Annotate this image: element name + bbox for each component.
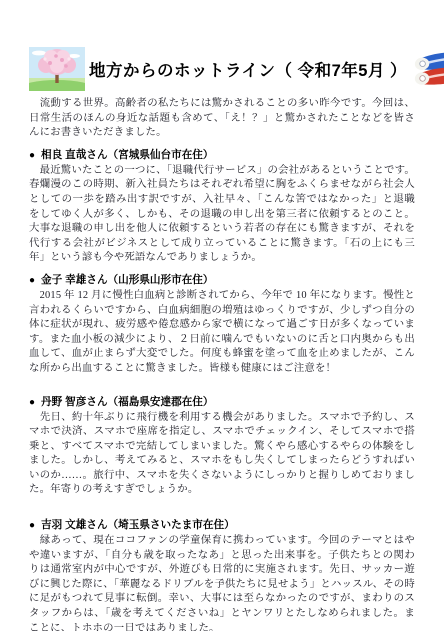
section-heading: ● 吉羽 文雄さん（埼玉県さいたま市在住） — [29, 519, 415, 532]
section-sagara: ● 相良 直哉さん（宮城県仙台市在住） 最近驚いたことの一つに、「退職代行サービ… — [29, 149, 415, 266]
section-heading: ● 丹野 智彦さん（福島県安達郡在住） — [29, 396, 415, 409]
koinobori-carp-streamers-image — [411, 51, 444, 88]
contributor-name: 相良 直哉さん（宮城県仙台市在住） — [41, 149, 213, 162]
section-body: 先日、約十年ぶりに飛行機を利用する機会がありました。スマホで予約し、スマホで決済… — [29, 411, 415, 499]
bullet-icon: ● — [29, 274, 35, 287]
section-body: 2015 年 12 月に慢性白血病と診断されてから、今年で 10 年になります。… — [29, 289, 415, 377]
section-heading: ● 金子 幸雄さん（山形県山形市在住） — [29, 274, 415, 287]
cherry-blossom-tree-image — [29, 47, 85, 91]
contributor-name: 吉羽 文雄さん（埼玉県さいたま市在住） — [41, 519, 235, 532]
bullet-icon: ● — [29, 149, 35, 162]
bullet-icon: ● — [29, 396, 35, 409]
page-title: 地方からのホットライン（ 令和7年5月 ） — [89, 57, 407, 81]
section-yoshiba: ● 吉羽 文雄さん（埼玉県さいたま市在住） 縁あって、現在ココファンの学童保育に… — [29, 519, 415, 631]
newsletter-page: 地方からのホットライン（ 令和7年5月 ） 流動する世界。高齢者の私たちには驚か… — [0, 0, 444, 631]
intro-paragraph: 流動する世界。高齢者の私たちには驚かされることの多い昨今です。今回は、日常生活の… — [29, 97, 415, 141]
contributor-name: 丹野 智彦さん（福島県安達郡在住） — [41, 396, 213, 409]
page-number: 3 — [0, 577, 444, 587]
section-body: 最近驚いたことの一つに、「退職代行サービス」の会社があるということです。春爛漫の… — [29, 164, 415, 266]
section-kaneko: ● 金子 幸雄さん（山形県山形市在住） 2015 年 12 月に慢性白血病と診断… — [29, 274, 415, 377]
bullet-icon: ● — [29, 519, 35, 532]
section-heading: ● 相良 直哉さん（宮城県仙台市在住） — [29, 149, 415, 162]
section-tanno: ● 丹野 智彦さん（福島県安達郡在住） 先日、約十年ぶりに飛行機を利用する機会が… — [29, 396, 415, 499]
header: 地方からのホットライン（ 令和7年5月 ） — [29, 46, 415, 92]
contributor-name: 金子 幸雄さん（山形県山形市在住） — [41, 274, 213, 287]
